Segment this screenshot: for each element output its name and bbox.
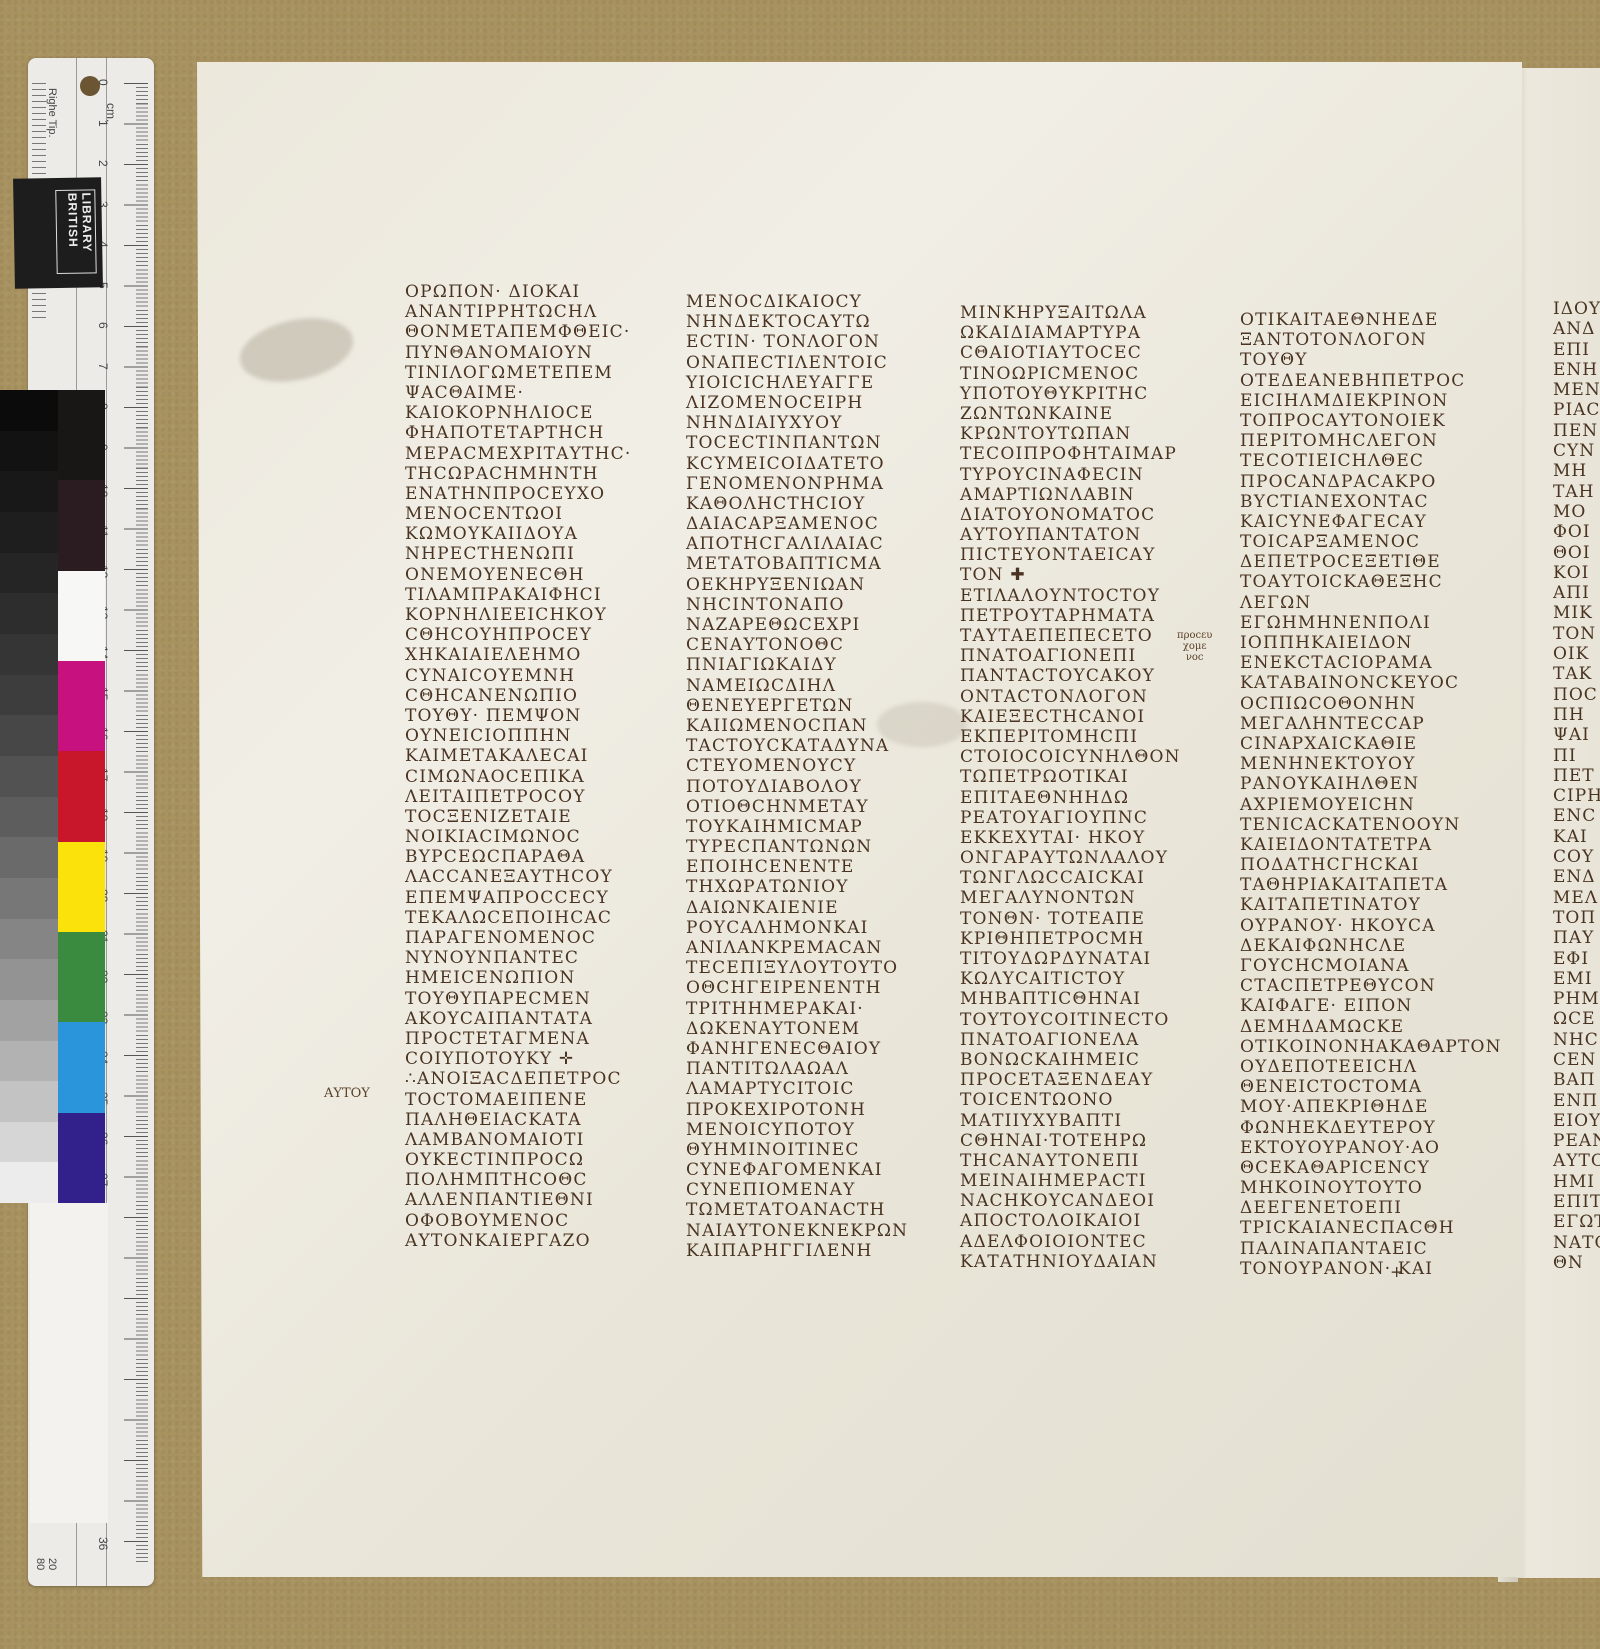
manuscript-line: ΟΝΤΑϹΤΟΝΛΟΓΟΝ — [960, 687, 1181, 707]
manuscript-line: ΛΑϹϹΑΝΕΞΑΥΤΗϹΟΥ — [405, 867, 631, 887]
next-folio-line: ΕΝϹ — [1553, 806, 1600, 826]
gray-patch — [0, 512, 58, 553]
next-folio-line: ΤΑΚ — [1553, 664, 1600, 684]
manuscript-line: ΤΕϹΟΙΠΡΟΦΗΤΑΙΜΑΡ — [960, 444, 1181, 464]
manuscript-line: ΕΝΕΚϹΤΑϹΙΟΡΑΜΑ — [1240, 653, 1502, 673]
manuscript-line: ΠΑΝΤΙΤΩΛΑΩΑΛ — [686, 1059, 908, 1079]
ruler-left-scale-label: Righe Tip. — [46, 88, 58, 138]
next-folio-line: ΘΝ — [1553, 1253, 1600, 1273]
manuscript-line: ΜΟΥ·ΑΠΕΚΡΙΘΗΔΕ — [1240, 1097, 1502, 1117]
color-patch-strip — [58, 390, 105, 1203]
manuscript-line: ΜΕΤΑΤΟΒΑΠΤΙϹΜΑ — [686, 554, 908, 574]
manuscript-line: ΜΙΝΚΗΡΥΞΑΙΤΩΛΑ — [960, 303, 1181, 323]
manuscript-line: ΜΕΝΟϹΕΝΤΩΟΙ — [405, 504, 631, 524]
next-folio-line: ΠΙ — [1553, 746, 1600, 766]
next-folio-line: ΕΦΙ — [1553, 949, 1600, 969]
text-column-2: ΜΕΝΟϹΔΙΚΑΙΟϹΥΝΗΝΔΕΚΤΟϹΑΥΤΩΕϹΤΙΝ· ΤΟΝΛΟΓΟ… — [686, 292, 908, 1261]
manuscript-line: ΕΠΙΤΑΕΘΝΗΗΔΩ — [960, 788, 1181, 808]
ruler-cm-mark: 2 — [96, 160, 110, 167]
manuscript-line: ΠΝΙΑΓΙΩΚΑΙΔΥ — [686, 655, 908, 675]
next-folio-line: ΒΑΠ — [1553, 1070, 1600, 1090]
manuscript-line: ΤΟϹΞΕΝΙΖΕΤΑΙΕ — [405, 807, 631, 827]
next-folio-line: ΤΑΗ — [1553, 482, 1600, 502]
manuscript-line: ΠΑΛΗΘΕΙΑϹΚΑΤΑ — [405, 1110, 631, 1130]
gray-patch — [0, 1122, 58, 1163]
manuscript-line: ΚΑΙΠΑΡΗΓΓΙΛΕΝΗ — [686, 1241, 908, 1261]
next-folio-line: ΜΗ — [1553, 461, 1600, 481]
manuscript-line: ΤΟΥΘΥ· ΠΕΜΨΟΝ — [405, 706, 631, 726]
manuscript-line: ϹΙΜΩΝΑΟϹΕΠΙΚΑ — [405, 767, 631, 787]
manuscript-line: ΤΩΝΓΛΩϹϹΑΙϹΚΑΙ — [960, 868, 1181, 888]
manuscript-line: ϹΤΑϹΠΕΤΡΕΘΥϹΟΝ — [1240, 976, 1502, 996]
manuscript-line: ΟΤΙΟΘϹΗΝΜΕΤΑΥ — [686, 797, 908, 817]
marginal-note-left: ΑΥΤΟΥ — [324, 1088, 370, 1099]
manuscript-line: ΜΕΓΑΛΥΝΟΝΤΩΝ — [960, 888, 1181, 908]
manuscript-line: ΚΡΙΘΗΠΕΤΡΟϹΜΗ — [960, 929, 1181, 949]
color-patch-white — [58, 571, 105, 661]
manuscript-line: ΑΥΤΟΝΚΑΙΕΡΓΑΖΟ — [405, 1231, 631, 1251]
manuscript-line: ΠΡΟϹΑΝΔΡΑϹΑΚΡΟ — [1240, 472, 1502, 492]
manuscript-line: ΟΥΡΑΝΟΥ· ΗΚΟΥϹΑ — [1240, 916, 1502, 936]
manuscript-line: ΤΑΥΤΑΕΠΕΠΕϹΕΤΟ — [960, 626, 1181, 646]
manuscript-line: ΤΟΝΟΥΡΑΝΟΝ· ΚΑΙ — [1240, 1259, 1502, 1279]
next-folio-line: ΕΝΔ — [1553, 867, 1600, 887]
manuscript-line: ΜΕΝΗΝΕΚΤΟΥΟΥ — [1240, 754, 1502, 774]
gray-patch — [0, 471, 58, 512]
color-patch-cyan — [58, 1022, 105, 1112]
next-folio-line: ΕΠΙΤ — [1553, 1192, 1600, 1212]
manuscript-line: ΚΟΡΝΗΛΙΕΕΙϹΗΚΟΥ — [405, 605, 631, 625]
manuscript-line: ΘΕΝΕΙϹΤΟϹΤΟΜΑ — [1240, 1077, 1502, 1097]
next-folio-line: ΗΜΙ — [1553, 1172, 1600, 1192]
manuscript-line: ΕΚΚΕΧΥΤΑΙ· ΗΚΟΥ — [960, 828, 1181, 848]
manuscript-line: ΠΙϹΤΕΥΟΝΤΑΕΙϹΑΥ — [960, 545, 1181, 565]
manuscript-line: ΝΑΙΑΥΤΟΝΕΚΝΕΚΡΩΝ — [686, 1221, 908, 1241]
manuscript-line: ΟΝΕΜΟΥΕΝΕϹΘΗ — [405, 565, 631, 585]
manuscript-line: ΤΗϹΩΡΑϹΗΜΗΝΤΗ — [405, 464, 631, 484]
manuscript-line: ΝΗϹΙΝΤΟΝΑΠΟ — [686, 595, 908, 615]
manuscript-line: ΠΟΔΑΤΗϹΓΗϹΚΑΙ — [1240, 855, 1502, 875]
manuscript-line: ΔΑΙΩΝΚΑΙΕΝΙΕ — [686, 898, 908, 918]
manuscript-line: ΤΑϹΤΟΥϹΚΑΤΑΔΥΝΑ — [686, 736, 908, 756]
manuscript-line: ΕΠΕΜΨΑΠΡΟϹϹΕϹΥ — [405, 888, 631, 908]
manuscript-line: ΠΕΤΡΟΥΤΑΡΗΜΑΤΑ — [960, 606, 1181, 626]
manuscript-line: ΑΚΟΥϹΑΙΠΑΝΤΑΤΑ — [405, 1009, 631, 1029]
manuscript-line: ΠΝΑΤΟΑΓΙΟΝΕΠΙ — [960, 646, 1181, 666]
manuscript-line: ΑΥΤΟΥΠΑΝΤΑΤΟΝ — [960, 525, 1181, 545]
manuscript-line: ΔΕΜΗΔΑΜΩϹΚΕ — [1240, 1017, 1502, 1037]
manuscript-line: ΑΛΛΕΝΠΑΝΤΙΕΘΝΙ — [405, 1190, 631, 1210]
gray-patch — [0, 634, 58, 675]
ruler-cm-mark: 1 — [96, 120, 110, 127]
manuscript-line: ΤΙΝΟΩΡΙϹΜΕΝΟϹ — [960, 364, 1181, 384]
manuscript-line: ΟΝΑΠΕϹΤΙΛΕΝΤΟΙϹ — [686, 353, 908, 373]
manuscript-line: ΝΗΡΕϹΤΗΕΝΩΠΙ — [405, 544, 631, 564]
manuscript-line: ΟΥΚΕϹΤΙΝΠΡΟϹΩ — [405, 1150, 631, 1170]
manuscript-line: ΝΑΜΕΙΩϹΔΙΗΛ — [686, 676, 908, 696]
text-column-3: ΜΙΝΚΗΡΥΞΑΙΤΩΛΑΩΚΑΙΔΙΑΜΑΡΤΥΡΑϹΘΑΙΟΤΙΑΥΤΟϹ… — [960, 303, 1181, 1272]
ruler-cm-mark: 36 — [96, 1537, 110, 1550]
ruler-cm-mark: 6 — [96, 322, 110, 329]
manuscript-line: ΜΕΝΟΙϹΥΠΟΤΟΥ — [686, 1120, 908, 1140]
color-patch-black — [58, 390, 105, 480]
manuscript-line: ΚΑΤΑΤΗΝΙΟΥΔΑΙΑΝ — [960, 1252, 1181, 1272]
manuscript-line: ϹΘΑΙΟΤΙΑΥΤΟϹΕϹ — [960, 343, 1181, 363]
manuscript-line: ΝΗΝΔΕΚΤΟϹΑΥΤΩ — [686, 312, 908, 332]
manuscript-line: ΦΑΝΗΓΕΝΕϹΘΑΙΟΥ — [686, 1039, 908, 1059]
next-folio-line: ΡΙΑϹ — [1553, 400, 1600, 420]
manuscript-line: ΓΕΝΟΜΕΝΟΝΡΗΜΑ — [686, 474, 908, 494]
gray-patch — [0, 1000, 58, 1041]
manuscript-line: ϹΥΝΑΙϹΟΥΕΜΝΗ — [405, 666, 631, 686]
manuscript-line: ΛΑΜΒΑΝΟΜΑΙΟΤΙ — [405, 1130, 631, 1150]
marginal-note-middle: προϲευ χομε νοϲ — [1177, 630, 1212, 663]
manuscript-line: ΤΟϹΕϹΤΙΝΠΑΝΤΩΝ — [686, 433, 908, 453]
gray-patch — [0, 1041, 58, 1082]
next-folio-line: ΝΑΤΟ — [1553, 1233, 1600, 1253]
manuscript-line: ϹΟΙΥΠΟΤΟΥΚΥ ✛ — [405, 1049, 631, 1069]
next-folio-line: ΚΟΙ — [1553, 563, 1600, 583]
next-folio-line: ΠΕΝ — [1553, 421, 1600, 441]
manuscript-line: ΑΧΡΙΕΜΟΥΕΙϹΗΝ — [1240, 795, 1502, 815]
next-folio-line: ΜΕΛ — [1553, 888, 1600, 908]
manuscript-line: ΡΕΑΤΟΥΑΓΙΟΥΠΝϹ — [960, 808, 1181, 828]
manuscript-line: ∴ΑΝΟΙΞΑϹΔΕΠΕΤΡΟϹ — [405, 1069, 631, 1089]
manuscript-line: ΑΝΑΝΤΙΡΡΗΤΩϹΗΛ — [405, 302, 631, 322]
manuscript-line: ΞΑΝΤΟΤΟΝΛΟΓΟΝ — [1240, 330, 1502, 350]
manuscript-line: ϹΤΟΙΟϹΟΙϹΥΝΗΛΘΟΝ — [960, 747, 1181, 767]
manuscript-line: ΤΡΙΤΗΗΜΕΡΑΚΑΙ· — [686, 999, 908, 1019]
manuscript-line: ΟΤΙΚΟΙΝΟΝΗΑΚΑΘΑΡΤΟΝ — [1240, 1037, 1502, 1057]
manuscript-line: ΠΟΤΟΥΔΙΑΒΟΛΟΥ — [686, 777, 908, 797]
manuscript-line: ΜΗΒΑΠΤΙϹΘΗΝΑΙ — [960, 989, 1181, 1009]
manuscript-line: ΚΑΙΜΕΤΑΚΑΛΕϹΑΙ — [405, 746, 631, 766]
manuscript-line: ΛΙΖΟΜΕΝΟϹΕΙΡΗ — [686, 393, 908, 413]
manuscript-line: ΤΥΡΟΥϹΙΝΑΦΕϹΙΝ — [960, 465, 1181, 485]
manuscript-line: ΑΝΙΛΑΝΚΡΕΜΑϹΑΝ — [686, 938, 908, 958]
manuscript-line: ΙΟΠΠΗΚΑΙΕΙΔΟΝ — [1240, 633, 1502, 653]
manuscript-line: ΦΩΝΗΕΚΔΕΥΤΕΡΟΥ — [1240, 1118, 1502, 1138]
next-folio-line: ΩϹΕ — [1553, 1009, 1600, 1029]
manuscript-line: ΛΕΓΩΝ — [1240, 593, 1502, 613]
manuscript-line: ΠΑΛΙΝΑΠΑΝΤΑΕΙϹ — [1240, 1239, 1502, 1259]
next-folio-line: ΑΝΔ — [1553, 319, 1600, 339]
manuscript-line: ΕΚΤΟΥΟΥΡΑΝΟΥ·ΑΟ — [1240, 1138, 1502, 1158]
manuscript-line: ΦΗΑΠΟΤΕΤΑΡΤΗϹΗ — [405, 423, 631, 443]
manuscript-line: ϹΥΝΕΦΑΓΟΜΕΝΚΑΙ — [686, 1160, 908, 1180]
gray-patch — [0, 675, 58, 716]
next-folio-line: ΕΓΩΤ — [1553, 1212, 1600, 1232]
next-folio-line: ΜΕΝ — [1553, 380, 1600, 400]
british-library-badge: LIBRARY BRITISH — [13, 177, 103, 289]
manuscript-line: ΤΙΤΟΥΔΩΡΔΥΝΑΤΑΙ — [960, 949, 1181, 969]
manuscript-line: ΘΟΝΜΕΤΑΠΕΜΦΘΕΙϹ· — [405, 322, 631, 342]
next-folio-line: ϹΥΝ — [1553, 441, 1600, 461]
manuscript-line: ΝΑϹΗΚΟΥϹΑΝΔΕΟΙ — [960, 1191, 1181, 1211]
manuscript-line: ΑΔΕΛΦΟΙΟΙΟΝΤΕϹ — [960, 1232, 1181, 1252]
next-folio-line: ΠΑΥ — [1553, 928, 1600, 948]
manuscript-line: ΔΙΑΤΟΥΟΝΟΜΑΤΟϹ — [960, 505, 1181, 525]
manuscript-line: ΟΡΩΠΟΝ· ΔΙΟΚΑΙ — [405, 282, 631, 302]
manuscript-line: ΛΕΙΤΑΙΠΕΤΡΟϹΟΥ — [405, 787, 631, 807]
manuscript-line: ϹΘΗΝΑΙ·ΤΟΤΕΗΡΩ — [960, 1131, 1181, 1151]
manuscript-line: ΕΠΟΙΗϹΕΝΕΝΤΕ — [686, 857, 908, 877]
manuscript-line: ΔΩΚΕΝΑΥΤΟΝΕΜ — [686, 1019, 908, 1039]
manuscript-line: ΒΥϹΤΙΑΝΕΧΟΝΤΑϹ — [1240, 492, 1502, 512]
next-folio-line: ΕΠΙ — [1553, 340, 1600, 360]
manuscript-line: ΚϹΥΜΕΙϹΟΙΔΑΤΕΤΟ — [686, 454, 908, 474]
manuscript-line: ΜΕΓΑΛΗΝΤΕϹϹΑΡ — [1240, 714, 1502, 734]
next-folio-line: ΑΥΤΟ — [1553, 1151, 1600, 1171]
manuscript-line: ΕϹΤΙΝ· ΤΟΝΛΟΓΟΝ — [686, 332, 908, 352]
manuscript-line: ΚΑΙΕΙΔΟΝΤΑΤΕΤΡΑ — [1240, 835, 1502, 855]
manuscript-line: ΤΑΘΗΡΙΑΚΑΙΤΑΠΕΤΑ — [1240, 875, 1502, 895]
manuscript-line: ΤΟΥΘΥΠΑΡΕϹΜΕΝ — [405, 989, 631, 1009]
manuscript-line: ΩΚΑΙΔΙΑΜΑΡΤΥΡΑ — [960, 323, 1181, 343]
gray-patch — [0, 1081, 58, 1122]
manuscript-line: ΤΗΧΩΡΑΤΩΝΙΟΥ — [686, 877, 908, 897]
color-patch-red — [58, 751, 105, 841]
manuscript-line: ϹΤΕΥΟΜΕΝΟΥϹΥ — [686, 756, 908, 776]
manuscript-line: ΟΥΔΕΠΟΤΕΕΙϹΗΛ — [1240, 1057, 1502, 1077]
manuscript-line: ΤΕϹΟΤΙΕΙϹΗΛΘΕϹ — [1240, 451, 1502, 471]
manuscript-line: ΠΑΡΑΓΕΝΟΜΕΝΟϹ — [405, 928, 631, 948]
manuscript-line: ΘΥΗΜΙΝΟΙΤΙΝΕϹ — [686, 1140, 908, 1160]
manuscript-line: ΝΥΝΟΥΝΠΑΝΤΕϹ — [405, 948, 631, 968]
manuscript-line: ΚΩΜΟΥΚΑΙΙΔΟΥΑ — [405, 524, 631, 544]
manuscript-line: ΒΟΝΩϹΚΑΙΗΜΕΙϹ — [960, 1050, 1181, 1070]
gray-patch — [0, 797, 58, 838]
manuscript-line: ΑΠΟΤΗϹΓΑΛΙΛΑΙΑϹ — [686, 534, 908, 554]
manuscript-line: ΠΝΑΤΟΑΓΙΟΝΕΛΑ — [960, 1030, 1181, 1050]
manuscript-line: ΘΕΝΕΥΕΡΓΕΤΩΝ — [686, 696, 908, 716]
color-patch-dark-brown — [58, 480, 105, 570]
manuscript-line: ΚΑΘΟΛΗϹΤΗϹΙΟΥ — [686, 494, 908, 514]
manuscript-line: ϹΙΝΑΡΧΑΙϹΚΑΘΙΕ — [1240, 734, 1502, 754]
ruler-bottom-label: 80 — [34, 1558, 46, 1570]
manuscript-line: ϹΘΗϹΟΥΗΠΡΟϹΕΥ — [405, 625, 631, 645]
next-folio-line: ΕΝΗ — [1553, 360, 1600, 380]
next-folio-line: ΠΟϹ — [1553, 685, 1600, 705]
manuscript-line: ΚΑΙΤΑΠΕΤΙΝΑΤΟΥ — [1240, 895, 1502, 915]
manuscript-line: ΚΑΙϹΥΝΕΦΑΓΕϹΑΥ — [1240, 512, 1502, 532]
manuscript-line: ΝΑΖΑΡΕΘΩϹΕΧΡΙ — [686, 615, 908, 635]
manuscript-line: ΟΤΙΚΑΙΤΑΕΘΝΗΕΔΕ — [1240, 310, 1502, 330]
next-folio-line: ΡΗΜ — [1553, 989, 1600, 1009]
manuscript-line: ΝΟΙΚΙΑϹΙΜΩΝΟϹ — [405, 827, 631, 847]
manuscript-line: ΘϹΕΚΑΘΑΡΙϹΕΝϹΥ — [1240, 1158, 1502, 1178]
manuscript-line: ΕΤΙΛΑΛΟΥΝΤΟϹΤΟΥ — [960, 586, 1181, 606]
next-folio-line: ΦΟΙ — [1553, 522, 1600, 542]
manuscript-line: ΛΑΜΑΡΤΥϹΙΤΟΙϹ — [686, 1079, 908, 1099]
next-folio-line: ΚΑΙ — [1553, 827, 1600, 847]
next-folio-line: ΘΟΙ — [1553, 543, 1600, 563]
manuscript-line: ΤΕϹΕΠΙΞΥΛΟΥΤΟΥΤΟ — [686, 958, 908, 978]
manuscript-line: ΟϹΠΙΩϹΟΘΟΝΗΝ — [1240, 694, 1502, 714]
text-column-4: ΟΤΙΚΑΙΤΑΕΘΝΗΕΔΕΞΑΝΤΟΤΟΝΛΟΓΟΝΤΟΥΘΥΟΤΕΔΕΑΝ… — [1240, 310, 1502, 1279]
gray-patch — [0, 593, 58, 634]
manuscript-line: ΗΜΕΙϹΕΝΩΠΙΟΝ — [405, 968, 631, 988]
manuscript-line: ΟΥΝΕΙϹΙΟΠΠΗΝ — [405, 726, 631, 746]
next-folio-line: ΝΗϹ — [1553, 1030, 1600, 1050]
manuscript-line: ΤΟΥΚΑΙΗΜΙϹΜΑΡ — [686, 817, 908, 837]
end-cross-mark: + — [1390, 1262, 1403, 1281]
gray-patch — [0, 1162, 58, 1203]
manuscript-line: ΟΦΟΒΟΥΜΕΝΟϹ — [405, 1211, 631, 1231]
color-calibration-chart — [0, 390, 110, 1203]
next-folio-line: ΙΔΟΥ — [1553, 299, 1600, 319]
next-folio-line: ΡΕΑΝ — [1553, 1131, 1600, 1151]
manuscript-line: ΤΟΝΘΝ· ΤΟΤΕΑΠΕ — [960, 909, 1181, 929]
manuscript-line: ΤΩΜΕΤΑΤΟΑΝΑϹΤΗ — [686, 1200, 908, 1220]
text-column-1: ΟΡΩΠΟΝ· ΔΙΟΚΑΙΑΝΑΝΤΙΡΡΗΤΩϹΗΛΘΟΝΜΕΤΑΠΕΜΦΘ… — [405, 282, 631, 1251]
next-folio-line: ΟΙΚ — [1553, 644, 1600, 664]
manuscript-line: ΤΩΠΕΤΡΩΟΤΙΚΑΙ — [960, 767, 1181, 787]
manuscript-line: ΔΕΕΓΕΝΕΤΟΕΠΙ — [1240, 1198, 1502, 1218]
manuscript-line: ΑΠΟϹΤΟΛΟΙΚΑΙΟΙ — [960, 1211, 1181, 1231]
ruler-cm-ticks — [124, 83, 148, 1563]
grayscale-strip — [0, 390, 58, 1203]
manuscript-line: ΓΟΥϹΗϹΜΟΙΑΝΑ — [1240, 956, 1502, 976]
manuscript-line: ϹΕΝΑΥΤΟΝΟΘϹ — [686, 635, 908, 655]
gray-patch — [0, 837, 58, 878]
ruler-cm-mark: 0 — [96, 79, 110, 86]
manuscript-line: ΜΑΤΙΙΥΧΥΒΑΠΤΙ — [960, 1111, 1181, 1131]
manuscript-line: ΤΥΡΕϹΠΑΝΤΩΝΩΝ — [686, 837, 908, 857]
manuscript-line: ΠΟΛΗΜΠΤΗϹΟΘϹ — [405, 1170, 631, 1190]
manuscript-line: ΤΗϹΑΝΑΥΤΟΝΕΠΙ — [960, 1151, 1181, 1171]
next-folio-line: ΕΝΠ — [1553, 1091, 1600, 1111]
manuscript-line: ϹΘΗϹΑΝΕΝΩΠΙΟ — [405, 686, 631, 706]
manuscript-line: ΠΕΡΙΤΟΜΗϹΛΕΓΟΝ — [1240, 431, 1502, 451]
next-folio-line: ΕΜΙ — [1553, 969, 1600, 989]
next-folio-line: ΜΙΚ — [1553, 603, 1600, 623]
manuscript-line: ΤΕΝΙϹΑϹΚΑΤΕΝΟΟΥΝ — [1240, 815, 1502, 835]
manuscript-line: ΤΟΑΥΤΟΙϹΚΑΘΕΞΗϹ — [1240, 572, 1502, 592]
manuscript-line: ΠΡΟΚΕΧΙΡΟΤΟΝΗ — [686, 1100, 908, 1120]
gray-patch — [0, 756, 58, 797]
manuscript-line: ΤΡΙϹΚΑΙΑΝΕϹΠΑϹΘΗ — [1240, 1218, 1502, 1238]
manuscript-line: ΖΩΝΤΩΝΚΑΙΝΕ — [960, 404, 1181, 424]
manuscript-line: ΤΟϹΤΟΜΑΕΙΠΕΝΕ — [405, 1090, 631, 1110]
manuscript-line: ΒΥΡϹΕΩϹΠΑΡΑΘΑ — [405, 847, 631, 867]
manuscript-line: ΤΟΥΘΥ — [1240, 350, 1502, 370]
manuscript-line: ΝΗΝΔΙΑΙΥΧΥΟΥ — [686, 413, 908, 433]
color-patch-magenta — [58, 661, 105, 751]
gray-patch — [0, 431, 58, 472]
manuscript-line: ΟΘϹΗΓΕΙΡΕΝΕΝΤΗ — [686, 978, 908, 998]
manuscript-line: ΠΡΟϹΕΤΑΞΕΝΔΕΑΥ — [960, 1070, 1181, 1090]
manuscript-line: ΤΕΚΑΛΩϹΕΠΟΙΗϹΑϹ — [405, 908, 631, 928]
next-folio-line: ΠΗ — [1553, 705, 1600, 725]
manuscript-line: ΨΑϹΘΑΙΜΕ· — [405, 383, 631, 403]
next-folio-line: ΨΑΙ — [1553, 725, 1600, 745]
next-folio-line: ΠΕΤ — [1553, 766, 1600, 786]
manuscript-line: ΔΕΠΕΤΡΟϹΕΞΕΤΙΘΕ — [1240, 552, 1502, 572]
manuscript-line: ΜΕΝΟϹΔΙΚΑΙΟϹΥ — [686, 292, 908, 312]
next-folio-text-fragment: ΙΔΟΥΑΝΔΕΠΙΕΝΗΜΕΝΡΙΑϹΠΕΝϹΥΝΜΗΤΑΗΜΟΦΟΙΘΟΙΚ… — [1553, 299, 1600, 1273]
color-patch-blue-violet — [58, 1113, 105, 1203]
manuscript-line: ΔΑΙΑϹΑΡΞΑΜΕΝΟϹ — [686, 514, 908, 534]
manuscript-line: ΑΜΑΡΤΙΩΝΛΑΒΙΝ — [960, 485, 1181, 505]
manuscript-line: ΕΝΑΤΗΝΠΡΟϹΕΥΧΟ — [405, 484, 631, 504]
next-folio-line: ϹΟΥ — [1553, 847, 1600, 867]
manuscript-line: ΚΑΙΟΚΟΡΝΗΛΙΟϹΕ — [405, 403, 631, 423]
manuscript-line: ΚΑΙΦΑΓΕ· ΕΙΠΟΝ — [1240, 996, 1502, 1016]
manuscript-line: ΚΑΤΑΒΑΙΝΟΝϹΚΕΥΟϹ — [1240, 673, 1502, 693]
manuscript-line: ΕΚΠΕΡΙΤΟΜΗϹΠΙ — [960, 727, 1181, 747]
manuscript-line: ΕΓΩΗΜΗΝΕΝΠΟΛΙ — [1240, 613, 1502, 633]
manuscript-line: ΚΩΛΥϹΑΙΤΙϹΤΟΥ — [960, 969, 1181, 989]
parchment-stain — [234, 309, 359, 392]
badge-text: LIBRARY BRITISH — [65, 192, 94, 252]
manuscript-line: ΤΙΛΑΜΠΡΑΚΑΙΦΗϹΙ — [405, 585, 631, 605]
ruler-bottom-label: 20 — [46, 1558, 58, 1570]
manuscript-line: ΤΟΙϹΕΝΤΩΟΝΟ — [960, 1090, 1181, 1110]
gray-patch — [0, 553, 58, 594]
next-folio-line: ϹΙΡΗ — [1553, 786, 1600, 806]
manuscript-line: ΚΑΙΙΩΜΕΝΟϹΠΑΝ — [686, 716, 908, 736]
next-folio-line: ΤΟΠ — [1553, 908, 1600, 928]
manuscript-line: ΠΑΝΤΑϹΤΟΥϹΑΚΟΥ — [960, 666, 1181, 686]
manuscript-line: ϹΥΝΕΠΙΟΜΕΝΑΥ — [686, 1180, 908, 1200]
manuscript-line: ΤΟΠΡΟϹΑΥΤΟΝΟΙΕΚ — [1240, 411, 1502, 431]
next-folio-line: ϹΕΝ — [1553, 1050, 1600, 1070]
manuscript-line: ΥΙΟΙϹΙϹΗΛΕΥΑΓΓΕ — [686, 373, 908, 393]
manuscript-line: ΤΙΝΙΛΟΓΩΜΕΤΕΠΕΜ — [405, 363, 631, 383]
manuscript-line: ΡΑΝΟΥΚΑΙΗΛΘΕΝ — [1240, 774, 1502, 794]
manuscript-line: ΤΟΝ ✚ — [960, 565, 1181, 585]
gray-patch — [0, 878, 58, 919]
ruler-blank-tab — [30, 1203, 108, 1523]
manuscript-line: ΜΗΚΟΙΝΟΥΤΟΥΤΟ — [1240, 1178, 1502, 1198]
next-folio-line: ΜΟ — [1553, 502, 1600, 522]
manuscript-line: ΠΥΝΘΑΝΟΜΑΙΟΥΝ — [405, 343, 631, 363]
manuscript-line: ΥΠΟΤΟΥΘΥΚΡΙΤΗϹ — [960, 384, 1181, 404]
gray-patch — [0, 919, 58, 960]
manuscript-line: ΤΟΙϹΑΡΞΑΜΕΝΟϹ — [1240, 532, 1502, 552]
manuscript-line: ΤΟΥΤΟΥϹΟΙΤΙΝΕϹΤΟ — [960, 1010, 1181, 1030]
manuscript-line: ΟΤΕΔΕΑΝΕΒΗΠΕΤΡΟϹ — [1240, 371, 1502, 391]
gray-patch — [0, 390, 58, 431]
manuscript-line: ΡΟΥϹΑΛΗΜΟΝΚΑΙ — [686, 918, 908, 938]
ruler-cm-mark: 7 — [96, 363, 110, 370]
manuscript-line: ΕΙϹΙΗΛΜΔΙΕΚΡΙΝΟΝ — [1240, 391, 1502, 411]
color-patch-green — [58, 932, 105, 1022]
color-patch-yellow — [58, 842, 105, 932]
manuscript-line: ΜΕΙΝΑΙΗΜΕΡΑϹΤΙ — [960, 1171, 1181, 1191]
next-folio-line: ΤΟΝ — [1553, 624, 1600, 644]
next-folio-line: ΑΠΙ — [1553, 583, 1600, 603]
manuscript-line: ΠΡΟϹΤΕΤΑΓΜΕΝΑ — [405, 1029, 631, 1049]
gray-patch — [0, 715, 58, 756]
manuscript-line: ΚΡΩΝΤΟΥΤΩΠΑΝ — [960, 424, 1181, 444]
manuscript-line: ΟΝΓΑΡΑΥΤΩΝΛΑΛΟΥ — [960, 848, 1181, 868]
manuscript-line: ΚΑΙΕΞΕϹΤΗϹΑΝΟΙ — [960, 707, 1181, 727]
manuscript-line: ΟΕΚΗΡΥΞΕΝΙΩΑΝ — [686, 575, 908, 595]
manuscript-line: ΔΕΚΑΙΦΩΝΗϹΛΕ — [1240, 936, 1502, 956]
gray-patch — [0, 959, 58, 1000]
next-folio-line: ΕΙΟΥΝ — [1553, 1111, 1600, 1131]
manuscript-line: ΜΕΡΑϹΜΕΧΡΙΤΑΥΤΗϹ· — [405, 444, 631, 464]
manuscript-line: ΧΗΚΑΙΑΙΕΛΕΗΜΟ — [405, 645, 631, 665]
